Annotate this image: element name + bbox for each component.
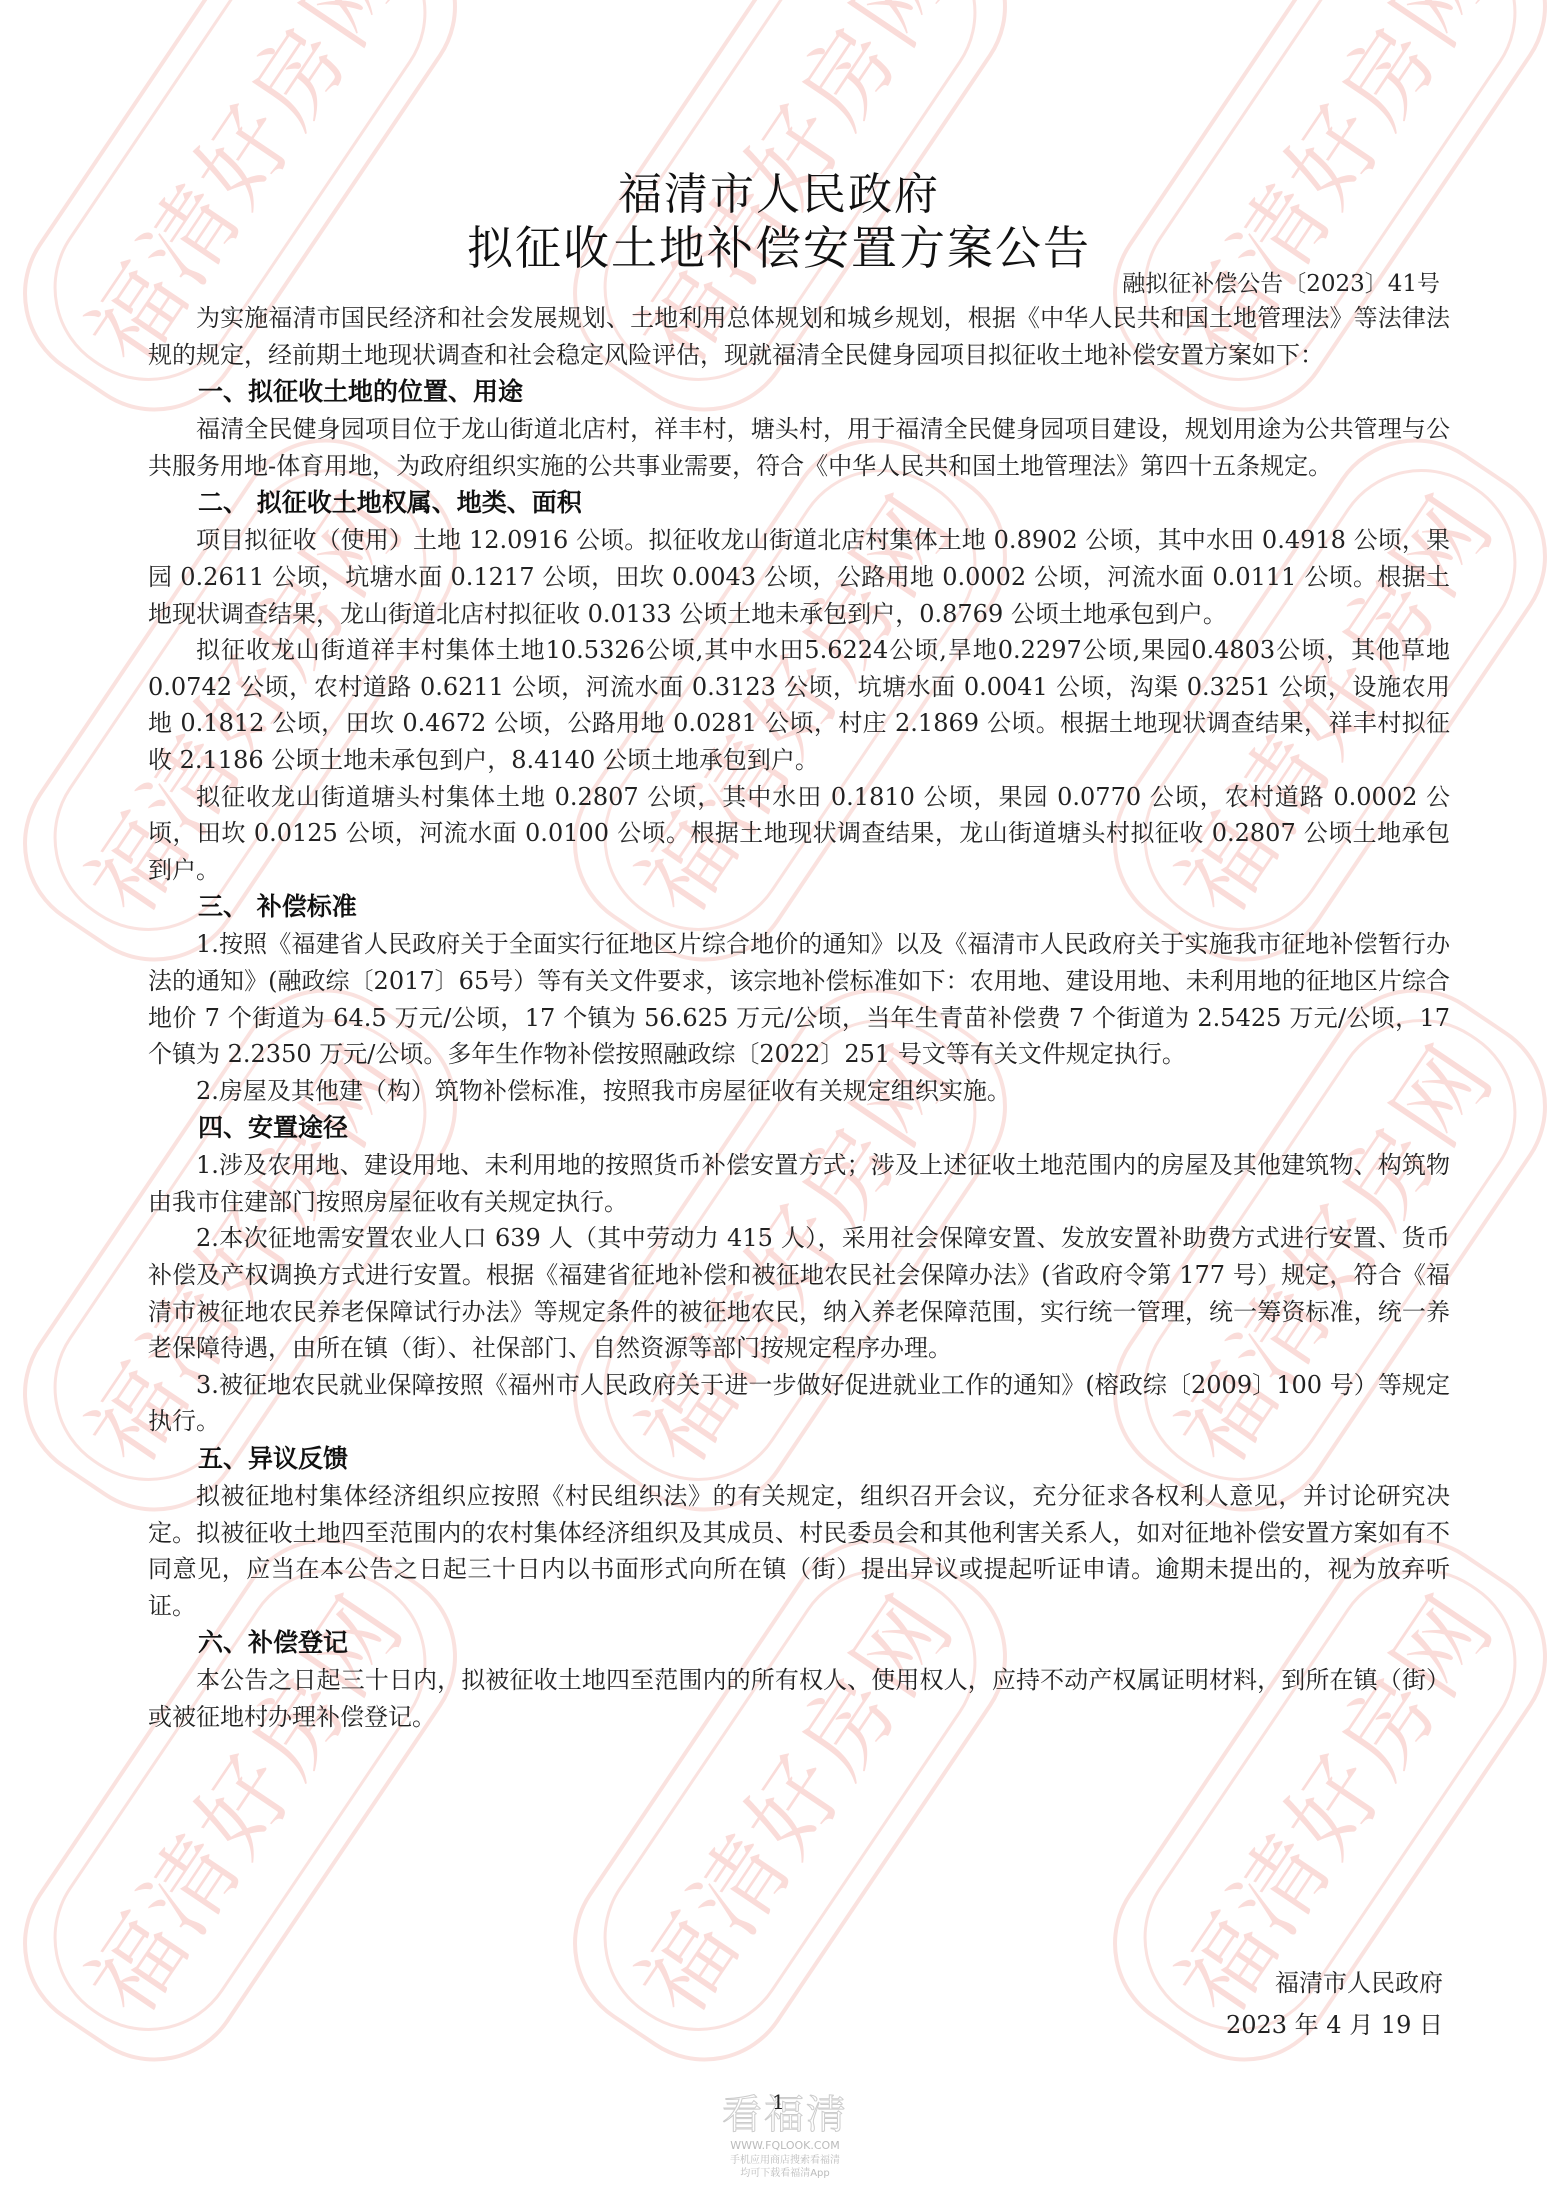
site-logo-url: WWW.FQLOOK.COM — [715, 2138, 855, 2154]
section-1-paragraph: 福清全民健身园项目位于龙山街道北店村，祥丰村，塘头村，用于福清全民健身园项目建设… — [148, 411, 1450, 484]
signature-date: 2023 年 4 月 19 日 — [1226, 2004, 1443, 2046]
signature-block: 福清市人民政府 2023 年 4 月 19 日 — [1226, 1962, 1443, 2046]
section-heading-3: 三、 补偿标准 — [148, 888, 1450, 926]
section-4-paragraph: 1.涉及农用地、建设用地、未利用地的按照货币补偿安置方式；涉及上述征收土地范围内… — [148, 1147, 1450, 1220]
document-body: 为实施福清市国民经济和社会发展规划、土地利用总体规划和城乡规划，根据《中华人民共… — [148, 300, 1450, 1736]
page-number: 1 — [772, 2090, 785, 2114]
section-heading-2: 二、 拟征收土地权属、地类、面积 — [148, 484, 1450, 522]
section-2-paragraph: 拟征收龙山街道祥丰村集体土地10.5326公顷,其中水田5.6224公顷,旱地0… — [148, 632, 1450, 778]
section-heading-1: 一、拟征收土地的位置、用途 — [148, 373, 1450, 411]
section-2-paragraph: 拟征收龙山街道塘头村集体土地 0.2807 公顷，其中水田 0.1810 公顷，… — [148, 779, 1450, 889]
intro-paragraph: 为实施福清市国民经济和社会发展规划、土地利用总体规划和城乡规划，根据《中华人民共… — [148, 300, 1450, 373]
section-2-paragraph: 项目拟征收（使用）土地 12.0916 公顷。拟征收龙山街道北店村集体土地 0.… — [148, 522, 1450, 632]
section-heading-4: 四、安置途径 — [148, 1109, 1450, 1147]
signature-issuer: 福清市人民政府 — [1226, 1962, 1443, 2004]
document-page: 福清市人民政府 拟征收土地补偿安置方案公告 融拟征补偿公告〔2023〕41号 为… — [0, 0, 1558, 2204]
section-heading-6: 六、补偿登记 — [148, 1624, 1450, 1662]
site-logo-watermark: 看福清 WWW.FQLOOK.COM 手机应用商店搜索看福清 均可下载看福清Ap… — [715, 2092, 855, 2180]
section-3-paragraph: 2.房屋及其他建（构）筑物补偿标准，按照我市房屋征收有关规定组织实施。 — [148, 1073, 1450, 1110]
site-logo-name: 看福清 — [715, 2092, 855, 2138]
section-4-paragraph: 3.被征地农民就业保障按照《福州市人民政府关于进一步做好促进就业工作的通知》(榕… — [148, 1367, 1450, 1440]
section-3-paragraph: 1.按照《福建省人民政府关于全面实行征地区片综合地价的通知》以及《福清市人民政府… — [148, 926, 1450, 1072]
site-logo-line2: 均可下载看福清App — [715, 2167, 855, 2180]
section-4-paragraph: 2.本次征地需安置农业人口 639 人（其中劳动力 415 人），采用社会保障安… — [148, 1220, 1450, 1366]
section-5-paragraph: 拟被征地村集体经济组织应按照《村民组织法》的有关规定，组织召开会议，充分征求各权… — [148, 1478, 1450, 1624]
section-6-paragraph: 本公告之日起三十日内，拟被征收土地四至范围内的所有权人、使用权人，应持不动产权属… — [148, 1662, 1450, 1735]
section-heading-5: 五、异议反馈 — [148, 1440, 1450, 1478]
site-logo-line1: 手机应用商店搜索看福清 — [715, 2154, 855, 2167]
document-number: 融拟征补偿公告〔2023〕41号 — [1122, 265, 1440, 298]
